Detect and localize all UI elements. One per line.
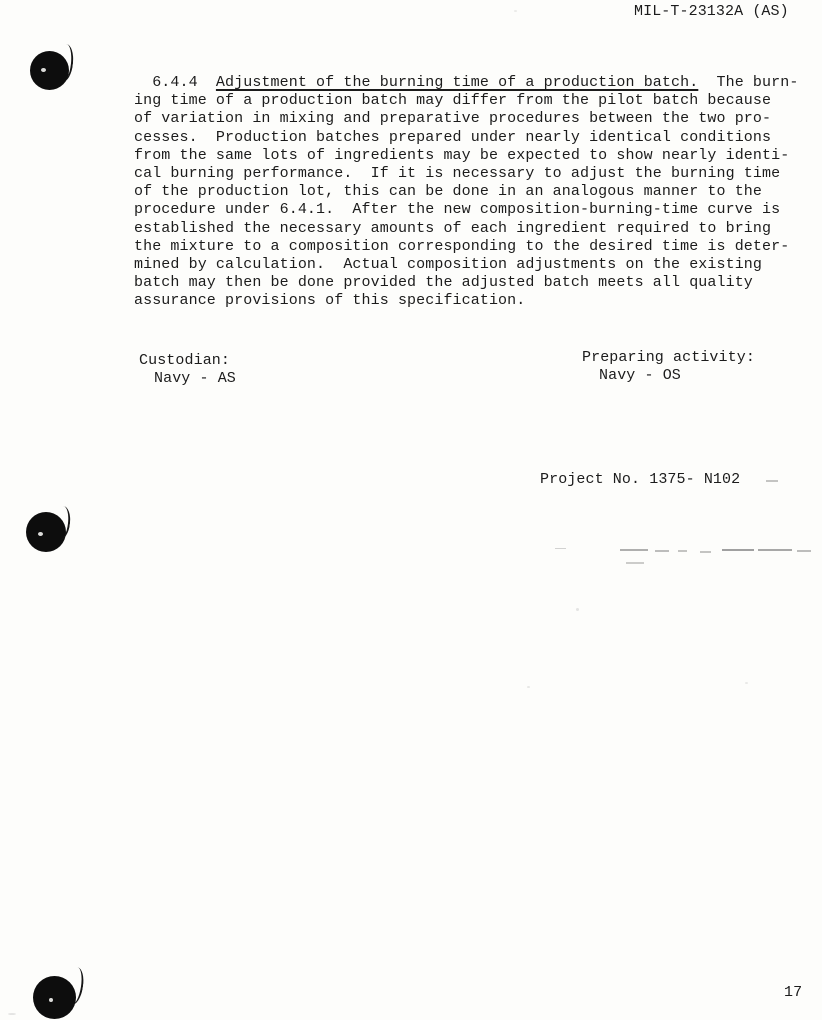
scan-speck (527, 686, 530, 688)
scan-artifact-dash (620, 549, 648, 551)
scan-artifact-dash (758, 549, 792, 551)
page-number: 17 (784, 984, 802, 1002)
preparing-activity-value: Navy - OS (599, 367, 681, 385)
preparing-activity-label: Preparing activity: (582, 349, 755, 367)
scan-speck (514, 10, 517, 12)
paren-pen-mark-icon (51, 505, 72, 541)
section-line1-tail: The burn- (698, 74, 798, 91)
document-page: MIL-T-23132A (AS) 6.4.4 Adjustment of th… (0, 0, 822, 1020)
paren-pen-mark-icon (54, 43, 75, 83)
scan-speck (576, 608, 579, 611)
document-id-header: MIL-T-23132A (AS) (634, 3, 789, 21)
project-number: Project No. 1375- N102 (540, 471, 740, 489)
custodian-label: Custodian: (139, 352, 230, 370)
scan-artifact-dash (678, 550, 687, 552)
scan-artifact-dash (655, 550, 669, 552)
scan-speck (8, 1013, 16, 1015)
paren-pen-mark-icon (63, 966, 86, 1006)
scan-artifact-dash (797, 550, 811, 552)
custodian-value: Navy - AS (154, 370, 236, 388)
hole-glint (49, 998, 53, 1002)
scan-artifact-dash (766, 480, 778, 482)
scan-artifact-dash (626, 562, 644, 564)
scan-artifact-dash (555, 548, 566, 549)
scan-artifact-dash (700, 551, 711, 553)
section-heading-underlined: Adjustment of the burning time of a prod… (216, 74, 698, 91)
section-6-4-4-paragraph: 6.4.4 Adjustment of the burning time of … (134, 74, 798, 311)
scan-artifact-dash (722, 549, 754, 551)
scan-speck (745, 682, 748, 684)
section-number: 6.4.4 (134, 74, 216, 91)
hole-glint (38, 532, 43, 536)
hole-glint (41, 68, 46, 72)
section-body-text: ing time of a production batch may diffe… (134, 92, 789, 309)
